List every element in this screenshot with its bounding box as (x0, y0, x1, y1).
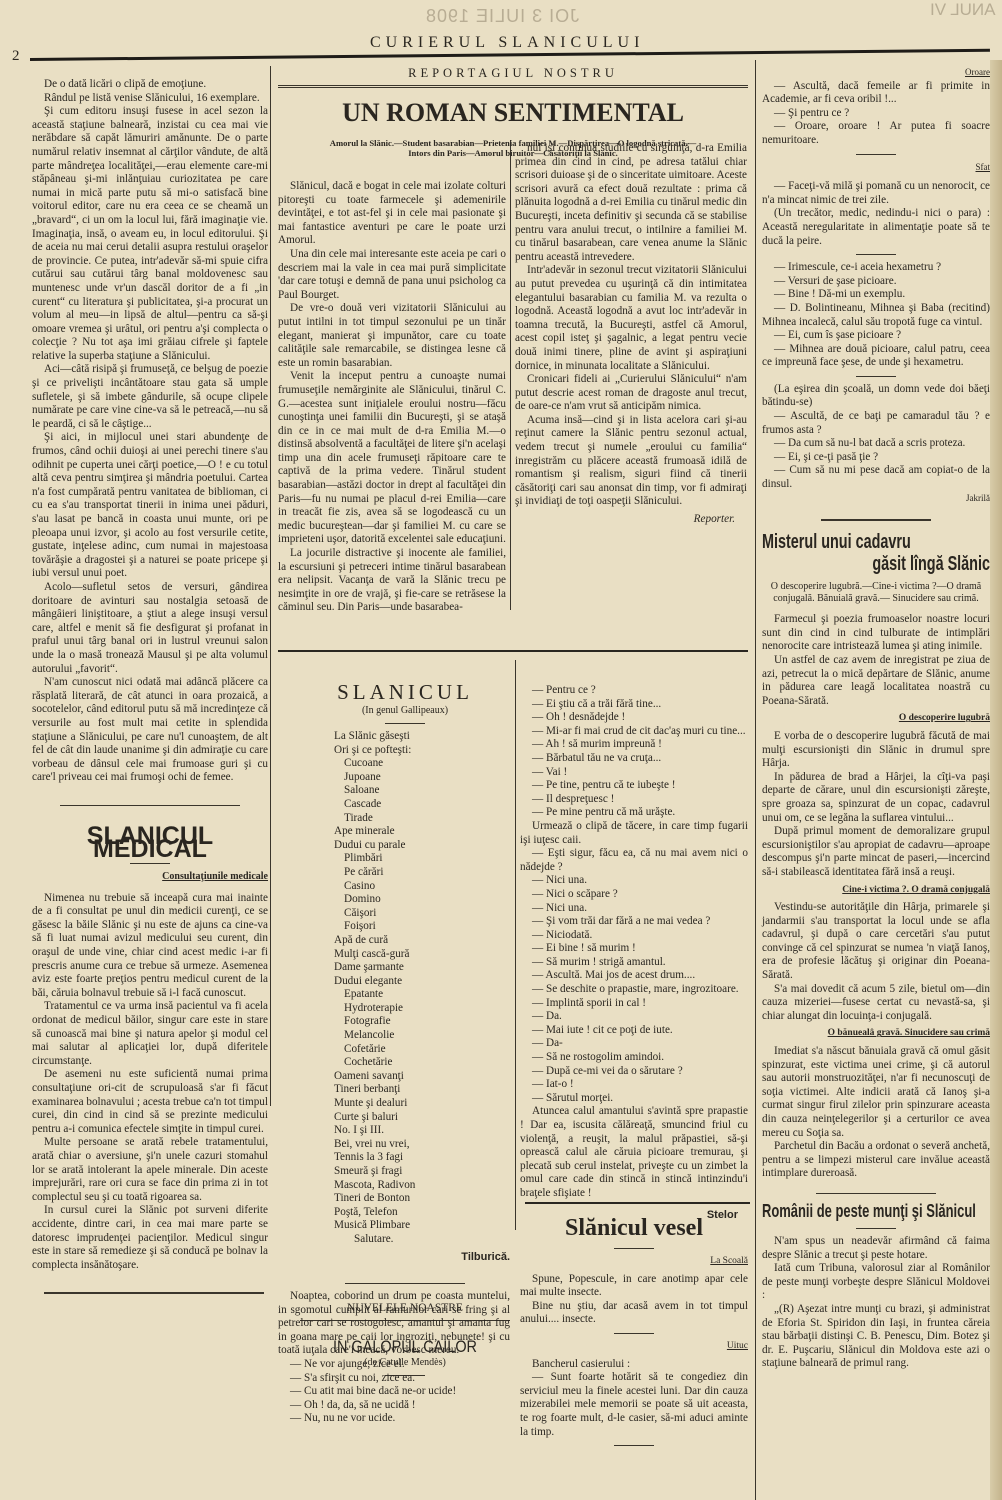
date-stamp: JOI 3 IULIE 1908 (425, 6, 579, 27)
paragraph: Şi cum editoru insuşi fusese in acel sez… (32, 105, 268, 363)
paragraph: După primul moment de demoralizare grupu… (762, 825, 990, 879)
joke-line: — Faceţi-vă milă şi pomană cu un nenoroc… (762, 180, 990, 207)
joke-line: (Un trecător, medic, nedindu-i nici o pa… (762, 207, 990, 248)
poem-line: Hydroterapie (334, 1002, 510, 1016)
paragraph: Slănicul, dacă e bogat in cele mai izola… (278, 180, 506, 248)
joke-line: — Ascultă, dacă femeile ar fi primite in… (762, 80, 990, 107)
poem-line: Dudui elegante (334, 975, 510, 989)
dialogue-line: — Ei ştiu că a trăi fără tine... (520, 698, 748, 712)
divider (856, 154, 896, 155)
paragraph: E vorba de o descoperire lugubră făcută … (762, 730, 990, 771)
paragraph: Şi aici, in mijlocul unei stari abundenţ… (32, 431, 268, 581)
paragraph: Una din cele mai interesante este aceia … (278, 248, 506, 302)
paragraph: N'am cunoscut nici odată mai adâncă plăc… (32, 676, 268, 785)
paragraph: Vestindu-se autorităţile din Hârja, prim… (762, 901, 990, 983)
poem-line: Ape minerale (334, 825, 510, 839)
section-rule (278, 650, 748, 652)
divider (345, 1283, 465, 1284)
dialogue-line: — Niciodată. (520, 929, 748, 943)
dialogue-line: — Ne vor ajunge, zice el. (278, 1358, 510, 1372)
poem-line: Salutare. (334, 1233, 510, 1247)
joke-label: Uituc (520, 1340, 748, 1354)
poem-line: No. I şi III. (334, 1124, 510, 1138)
masthead: CURIERUL SLANICULUI (370, 34, 644, 52)
joke-line: — Oroare, oroare ! Ar putea fi soacre ne… (762, 120, 990, 147)
paragraph: Venit la inceput pentru a cunoaşte numai… (278, 370, 506, 547)
paragraph: Aci—câtă risipă şi frumuseţă, ce belşug … (32, 363, 268, 431)
dialogue-line: — Ei bine ! să murim ! (520, 942, 748, 956)
divider (385, 723, 425, 724)
dialogue-line: — Mai iute ! cit ce poţi de iute. (520, 1024, 748, 1038)
dialogue-line: — Sărutul morţei. (520, 1092, 748, 1106)
dialogue-line: — Nici una. (520, 874, 748, 888)
poem-title: SLANICUL (300, 680, 510, 705)
dialogue-line: — Şi vom trăi dar fără a ne mai vedea ? (520, 915, 748, 929)
poem-line: Smeură şi fragi (334, 1165, 510, 1179)
poem-line: Tineri de Bonton (334, 1192, 510, 1206)
paragraph: Intr'adevăr in sezonul trecut vizitatori… (515, 264, 747, 373)
dialogue-line: — Bărbatul tău ne va cruţa... (520, 752, 748, 766)
poem-line: Dudui cu parale (334, 839, 510, 853)
section-rule (525, 1202, 750, 1204)
joke-line: — Şi pentru ce ? (762, 107, 990, 121)
mister-title-1: Misterul unui cadavru (762, 531, 926, 553)
paragraph: Acuma insă—cind şi in lista acelora cari… (515, 414, 747, 509)
dialogue-line: — Iat-o ! (520, 1078, 748, 1092)
poem-line: Căişori (334, 907, 510, 921)
poem-line: La Slănic găseşti (334, 730, 510, 744)
dialogue-line: — Implintă sporii in cal ! (520, 997, 748, 1011)
paragraph: Acolo—sufletul setos de versuri, gândire… (32, 581, 268, 676)
divider (614, 1445, 654, 1446)
joke-label-sfat: Sfat (762, 161, 990, 175)
reporter-signature: Reporter. (515, 513, 747, 527)
dialogue-line: — Oh ! desnădejde ! (520, 711, 748, 725)
paragraph: Multe persoane se arată rebele tratament… (32, 1136, 268, 1204)
poem-line: Mulţi cască-gură (334, 948, 510, 962)
medical-title: SLANICUL MEDICAL (32, 830, 268, 857)
reportaj-right: nul işi continua studiile cu sirguinţă, … (515, 142, 747, 527)
poem-line: Munte şi dealuri (334, 1097, 510, 1111)
joke-line: — Cum să nu mi pese dacă am copiat-o de … (762, 464, 990, 491)
dialogue-line: — Să murim ! strigă amantul. (520, 956, 748, 970)
page-edge (990, 60, 1002, 1500)
nuvela-continuation: — Pentru ce ?— Ei ştiu că a trăi fără ti… (520, 684, 748, 1222)
paragraph: Parchetul din Bacău a ordonat o severă a… (762, 1140, 990, 1181)
paragraph: In cursul curei la Slănic pot surveni di… (32, 1204, 268, 1272)
joke-label-oroare: Oroare (762, 66, 990, 80)
divider (44, 1292, 264, 1294)
dialogue-line: — Să ne rostogolim amindoi. (520, 1051, 748, 1065)
medical-subtitle: Consultaţiunile medicale (32, 870, 268, 884)
mister-sub-2: Cine-i victima ?. O dramă conjugală (762, 884, 990, 898)
joke-line: — Ei, cum îs şase picioare ? (762, 329, 990, 343)
mister-title-2: găsit lîngă Slănic (826, 553, 990, 575)
paragraph: S'a mai dovedit că acum 5 zile, bietul o… (762, 983, 990, 1024)
dialogue-line: — Da- (520, 1037, 748, 1051)
poem-line: Cochetărie (334, 1056, 510, 1070)
joke-line: — D. Bolintineanu, Mihnea şi Baba (recit… (762, 302, 990, 329)
paragraph: Rândul pe listă venise Slănicului, 16 ex… (32, 92, 268, 106)
dialogue-line: — S'a sfirşit cu noi, zice ea. (278, 1372, 510, 1386)
mister-sub-1: O descoperire lugubră (762, 712, 990, 726)
paragraph: Tratamentul ce va urma insă pacientul va… (32, 1000, 268, 1068)
dialogue-line: — Nu, nu ne vor ucide. (278, 1412, 510, 1426)
poem-line: Epatante (334, 988, 510, 1002)
mister-summary: O descoperire lugubră.—Cine-i victima ?—… (762, 581, 990, 605)
dialogue-line: — Vai ! (520, 766, 748, 780)
divider (816, 1193, 936, 1194)
joke-line: — Da cum să nu-l bat dacă a scris protez… (762, 437, 990, 451)
poem-signature: Tilburică. (300, 1251, 510, 1263)
poem-line: Cascade (334, 798, 510, 812)
paragraph: Farmecul şi poezia frumoaselor noastre l… (762, 613, 990, 654)
dialogue-line: — Pentru ce ? (520, 684, 748, 698)
paragraph: Imediat s'a născut bănuiala gravă că omu… (762, 1045, 990, 1140)
vesel-title: Slănicul vesel (520, 1215, 748, 1242)
poem-subtitle: (In genul Gallipeaux) (300, 705, 510, 717)
mister-sub-3: O bănuealâ gravă. Sinucidere sau crimă (762, 1027, 990, 1041)
poem-line: Ori şi ce pofteşti: (334, 744, 510, 758)
divider (614, 1333, 654, 1334)
poem-line: Musică Plimbare (334, 1219, 510, 1233)
paragraph: „(R) Aşezat intre munţi cu brazi, şi adm… (762, 1303, 990, 1371)
section-label: REPORTAGIUL NOSTRU (278, 66, 748, 81)
column-divider (515, 660, 516, 1230)
poem-line: Oameni savanţi (334, 1070, 510, 1084)
page-number: 2 (12, 48, 20, 65)
divider (821, 519, 931, 521)
dialogue-line: — Eşti sigur, făcu ea, că nu mai avem ni… (520, 847, 748, 874)
joke-line: — Versuri de şase picioare. (762, 275, 990, 289)
divider (614, 1248, 654, 1249)
divider (130, 863, 170, 864)
dialogue-line: — Ascultă. Mai jos de acest drum.... (520, 969, 748, 983)
dialogue-line: Urmează o clipă de tăcere, in care timp … (520, 820, 748, 847)
article-title: UN ROMAN SENTIMENTAL (278, 98, 748, 128)
paragraph: La jocurile distractive şi inocente ale … (278, 547, 506, 615)
poem-line: Casino (334, 880, 510, 894)
poem-line: Poştă, Telefon (334, 1206, 510, 1220)
dialogue-line: — Pe mine pentru că mă urăşte. (520, 806, 748, 820)
dialogue-line: — Il despreţuesc ! (520, 793, 748, 807)
joke-line: Bine nu ştiu, dar acasă avem in tot timp… (520, 1300, 748, 1327)
paragraph: In pădurea de brad a Hârjei, la cîţi-va … (762, 771, 990, 825)
dialogue-line: — Pe tine, pentru că te iubeşte ! (520, 779, 748, 793)
column-divider (510, 140, 511, 610)
joke-line: — Mihnea are două picioare, calul patru,… (762, 343, 990, 370)
paragraph: Nimenea nu trebuie să inceapă cura mai i… (32, 892, 268, 1001)
joke-line: Spune, Popescule, in care anotimp apar c… (520, 1273, 748, 1300)
joke-line: — Sunt foarte hotărit să te congediez di… (520, 1371, 748, 1439)
column-divider (270, 66, 271, 1106)
divider (856, 376, 896, 377)
dialogue-line: — Cu atit mai bine dacă ne-or ucide! (278, 1385, 510, 1399)
poem-line: Cofetărie (334, 1043, 510, 1057)
divider (856, 254, 896, 255)
paragraph: N'am spus un neadevăr afirmând că faima … (762, 1235, 990, 1262)
joke-line: (La eşirea din şcoală, un domn vede doi … (762, 383, 990, 410)
poem-line: Pe cărări (334, 866, 510, 880)
joke-line: — Bine ! Dă-mi un exemplu. (762, 288, 990, 302)
jokes-column: Oroare — Ascultă, dacă femeile ar fi pri… (762, 66, 990, 1371)
dialogue-line: — Nici o scăpare ? (520, 888, 748, 902)
poem-slanicul: SLANICUL (In genul Gallipeaux) La Slănic… (300, 680, 510, 1382)
dialogue-line: — Da. (520, 1010, 748, 1024)
jokes-signature: Jakrilă (762, 492, 990, 506)
paragraph: De asemeni nu este suficientă numai prim… (32, 1068, 268, 1136)
joke-line: — Ascultă, de ce baţi pe camaradul tău ?… (762, 410, 990, 437)
poem-line: Fotografie (334, 1015, 510, 1029)
dialogue-line: — Oh ! da, da, să ne ucidă ! (278, 1399, 510, 1413)
paragraph: nul işi continua studiile cu sirguinţă, … (515, 142, 747, 264)
poem-line: Foişori (334, 920, 510, 934)
poem-line: Tirade (334, 812, 510, 826)
poem-line: Saloane (334, 784, 510, 798)
year-stamp: ANUL VI (930, 0, 996, 20)
poem-line: Jupoane (334, 771, 510, 785)
romanii-title: Românii de peste munţi şi Slănicul (762, 1200, 926, 1222)
dialogue-line: Noaptea, coborind un drum pe coasta munt… (278, 1290, 510, 1358)
paragraph: De vre-o două veri vizitatorii Slăniculu… (278, 302, 506, 370)
poem-line: Mascota, Radivon (334, 1179, 510, 1193)
paragraph: Cronicari fideli ai „Curierului Slănicul… (515, 373, 747, 414)
paragraph: Iată cum Tribuna, valorosul ziar al Româ… (762, 1262, 990, 1303)
poem-line: Dame şarmante (334, 961, 510, 975)
poem-line: Plimbări (334, 852, 510, 866)
column-divider (755, 60, 756, 1500)
poem-line: Bei, vrei nu vrei, (334, 1138, 510, 1152)
poem-line: Cucoane (334, 757, 510, 771)
joke-line: Bancherul casierului : (520, 1358, 748, 1372)
nuvela-start: Noaptea, coborind un drum pe coasta munt… (278, 1290, 510, 1426)
poem-line: Curte şi baluri (334, 1111, 510, 1125)
joke-label: La Scoală (520, 1255, 748, 1269)
divider (60, 805, 240, 806)
paragraph: Un astfel de caz avem de inregistrat pe … (762, 654, 990, 708)
dialogue-line: — Nici una. (520, 902, 748, 916)
divider (856, 1228, 896, 1229)
slanicul-vesel: Slănicul vesel La ScoalăSpune, Popescule… (520, 1215, 748, 1452)
reportaj-left: Slănicul, dacă e bogat in cele mai izola… (278, 180, 506, 615)
dialogue-line: — Se deschite o prapastie, mare, ingrozi… (520, 983, 748, 997)
poem-line: Tennis la 3 fagi (334, 1151, 510, 1165)
dialogue-line: — Ah ! să murim impreună ! (520, 738, 748, 752)
dialogue-line: — După ce-mi vei da o sărutare ? (520, 1065, 748, 1079)
article-continuation: De o dată licări o clipă de emoţiune.Rân… (32, 78, 268, 1294)
poem-line: Melancolie (334, 1029, 510, 1043)
dialogue-line: — Mi-ar fi mai crud de cit dac'aş muri c… (520, 725, 748, 739)
joke-line: — Irimescule, ce-i aceia hexametru ? (762, 261, 990, 275)
paragraph: De o dată licări o clipă de emoţiune. (32, 78, 268, 92)
dialogue-line: Atuncea calul amantului s'avintă spre pr… (520, 1105, 748, 1200)
joke-line: — Ei, şi ce-ţi pasă ţie ? (762, 451, 990, 465)
poem-line: Apă de cură (334, 934, 510, 948)
poem-line: Tineri berbanţi (334, 1083, 510, 1097)
poem-line: Domino (334, 893, 510, 907)
